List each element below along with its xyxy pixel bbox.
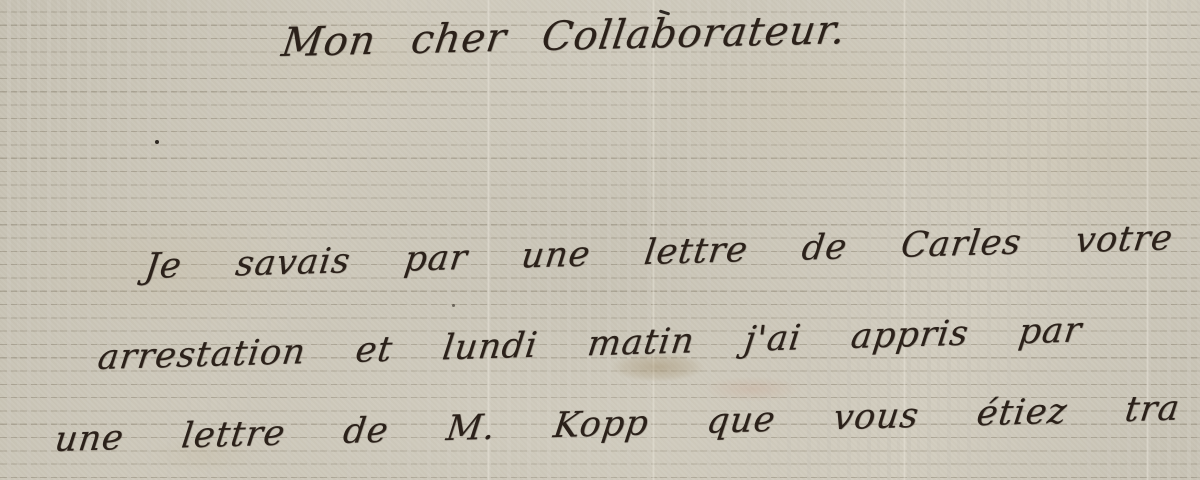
ink-speck	[452, 304, 455, 307]
letter-page: Mon cher Collaborateur. Je savais par un…	[0, 0, 1200, 480]
ink-speck	[155, 140, 159, 144]
